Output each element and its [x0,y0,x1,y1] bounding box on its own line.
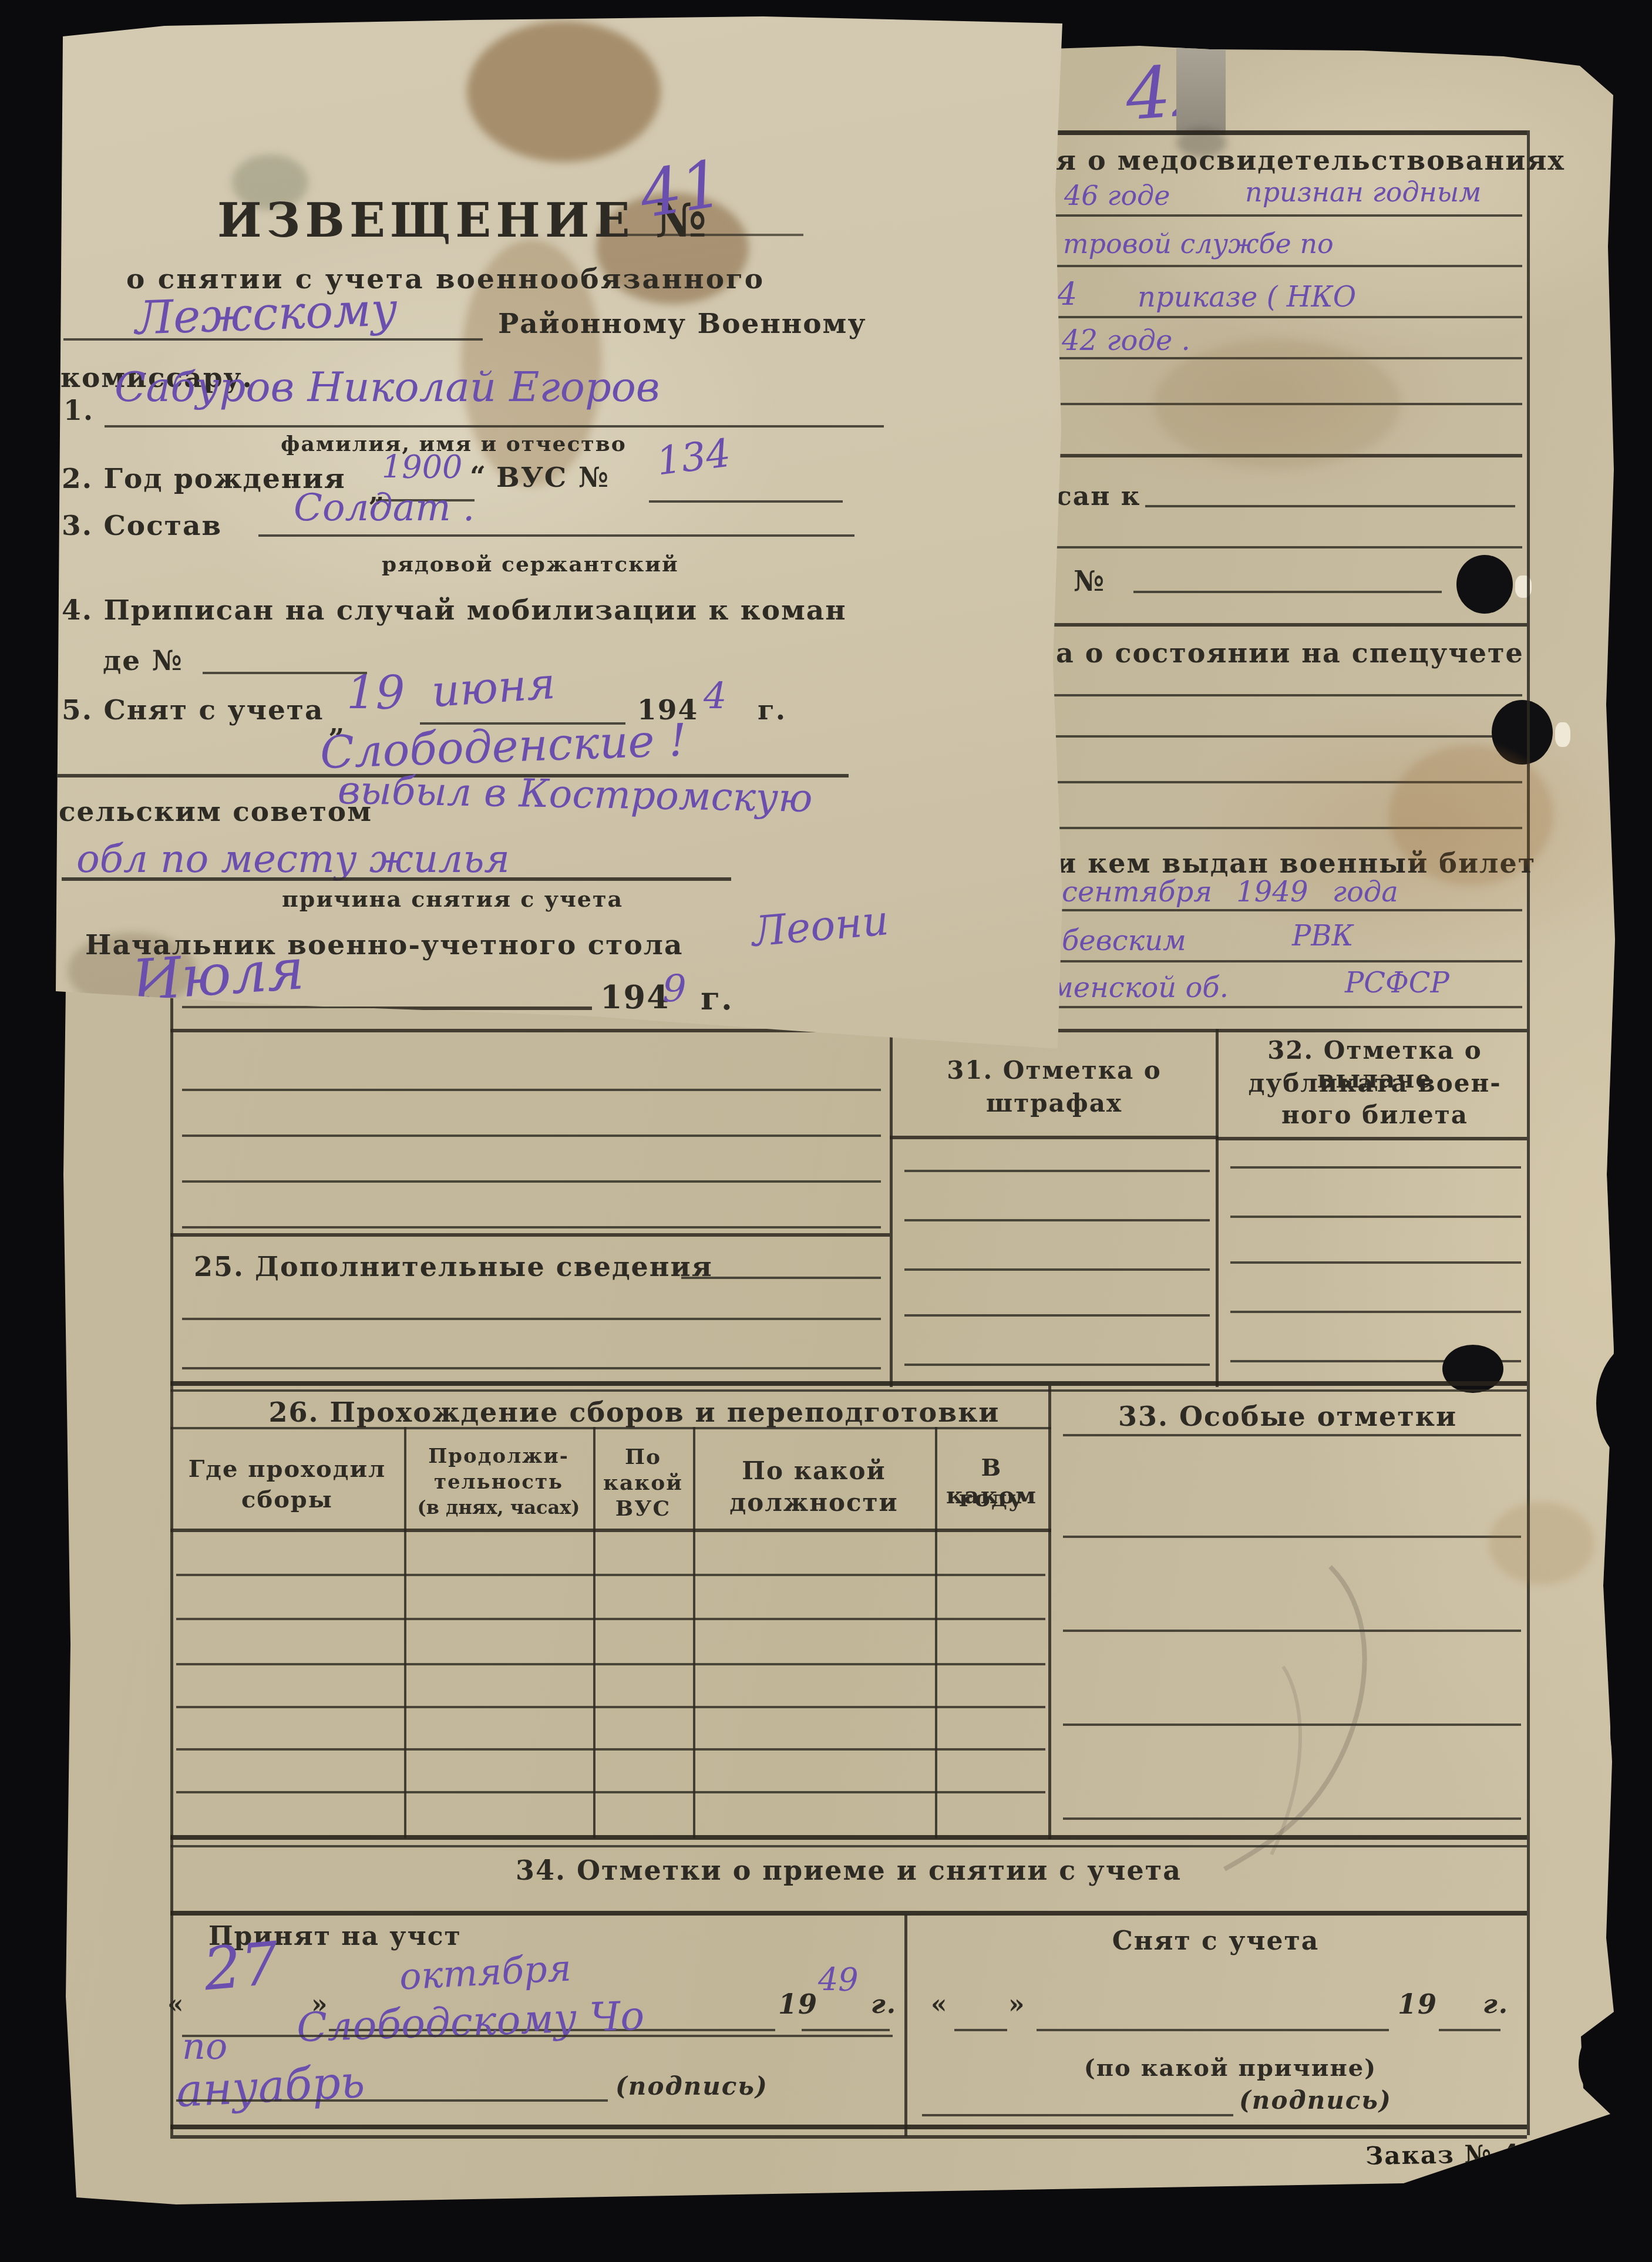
ruled-line [182,1089,881,1091]
paper-stain [467,21,661,162]
year-digit-handwritten: 4 [704,674,726,717]
ruled-line [176,1663,1045,1665]
ruled-line [182,1180,881,1183]
removed-label: Снят с учета [904,1926,1527,1956]
sec26-title: 26. Прохождение сборов и переподготовки [170,1396,1098,1428]
ruled-line [1230,1216,1521,1218]
sec26-col-header: году [935,1485,1048,1512]
table-border [1216,1137,1527,1140]
year-suffix: г. [758,694,786,726]
date-year-printed: 194 [600,978,670,1016]
ruled-line [176,1706,1045,1708]
table-border [170,2135,1527,2139]
accepted-month-handwritten: октября [398,1946,572,1998]
sec26-col-header: По [593,1445,693,1469]
table-border [890,1136,1219,1139]
id-issued-handwritten: менской об. [1050,971,1229,1004]
table-border [1527,130,1530,2135]
table-border [170,1835,1527,1840]
accepted-note-handwritten: по [182,2025,227,2068]
ruled-line [176,2099,608,2102]
ruled-line [203,672,367,674]
ruled-line [627,234,803,236]
ruled-line [182,2035,893,2037]
order-number-stamp: Заказ № 4602 [1365,2138,1576,2170]
ruled-line [1230,1261,1521,1264]
torn-edge-notch [1579,2027,1634,2101]
paper-stain [1154,339,1401,469]
reason-handwritten-2: выбыл в Костромскую [337,768,813,821]
table-border [890,1029,893,1387]
ruled-line [904,1268,1210,1271]
sec26-col-header: Где проходил [170,1455,404,1483]
open-quote: « [931,1990,948,2019]
sec26-col-header: Продолжи- [404,1445,593,1468]
ruled-line [1230,1166,1521,1169]
accepted-year-suffix: г. [871,1990,897,2019]
signature-caption: (подпись) [1239,2086,1392,2115]
item5-label: 5. Снят с учета [62,694,324,726]
ruled-line [1037,2029,1389,2031]
ruled-line [802,2029,890,2031]
removal-month-handwritten: июня [430,658,557,717]
table-border [170,1529,1051,1532]
medical-note-handwritten: 4 [1057,276,1077,313]
ruled-line [63,338,483,341]
paper-stain [1489,1502,1594,1584]
paper-stain [1389,745,1553,886]
sec26-col-header: сборы [170,1486,404,1513]
signature-caption: (подпись) [615,2072,768,2101]
ruled-line [176,1791,1045,1793]
table-border [170,1427,1051,1429]
table-border [1048,1386,1051,1839]
notice-overlay: ИЗВЕЩЕНИЕ № 41 о снятии с учета военнооб… [56,16,1064,1056]
ruled-line [182,1135,881,1137]
ruled-line [62,877,731,881]
ruled-line [182,1367,881,1369]
accepted-note-handwritten: Слободскому Чо [296,1993,645,2052]
close-quote: » [1008,1990,1026,2019]
ruled-line [681,1277,881,1279]
removed-year-printed: 19 [1398,1988,1438,2020]
sec25-label: 25. Дополнительные сведения [194,1251,713,1283]
addressee-handwritten: Лежскому [134,283,399,345]
ruled-line [176,1748,1045,1751]
sec26-col-header: тельность [404,1470,593,1494]
assigned-to-fragment: сан к [1056,482,1141,511]
sostav-handwritten: Солдат . [294,486,475,530]
ruled-line [176,1574,1045,1576]
sec26-col-header: какой [593,1470,693,1495]
sec34-title: 34. Отметки о приеме и снятии с учета [170,1854,1527,1886]
ruled-line [904,1314,1210,1317]
table-border [170,1911,1527,1916]
accepted-year-printed: 19 [778,1988,818,2020]
item3-label: 3. Состав [62,510,222,542]
selsovet-label: сельским советом [59,796,372,828]
table-border [170,2125,1527,2129]
col32-header: ного билета [1224,1100,1525,1129]
col31-header: 31. Отметка о [907,1056,1201,1085]
ruled-line [904,1170,1210,1172]
sec26-col-header: должности [693,1488,935,1517]
open-quote: « [167,1990,185,2019]
medical-note-handwritten: признан годным [1245,176,1481,208]
sec26-col-header: (в днях, часах) [404,1496,593,1519]
col32-header: дубликата воен- [1224,1069,1525,1098]
removed-reason-caption: (по какой причине) [1025,2054,1436,2082]
vus-label: ВУС № [496,462,610,494]
ruled-line [904,1219,1210,1221]
sec33-title: 33. Особые отметки [1048,1401,1527,1432]
table-border [170,1233,890,1237]
table-border [170,1845,1527,1847]
removed-year-suffix: г. [1483,1990,1509,2019]
ruled-line [1133,591,1442,593]
medical-note-handwritten: 46 годе [1064,180,1170,211]
reason-handwritten-3: обл по месту жилья [76,836,510,881]
ruled-line [258,534,854,537]
ruled-line [904,1364,1210,1366]
item4-label: 4. Приписан на случай мобилизации к кома… [62,594,847,627]
table-border [1216,1029,1219,1387]
reason-caption: причина снятия с учета [282,886,623,912]
removal-day-handwritten: 19 [346,667,405,720]
accepted-signature-handwritten: ануабрь [175,2055,366,2118]
ruled-line [182,1318,881,1320]
ruled-line [105,425,884,428]
sec26-col-header: ВУС [593,1496,693,1521]
ruled-line [182,1226,881,1228]
accepted-year-handwritten: 49 [818,1961,859,1998]
medical-note-handwritten: приказе ( НКО [1138,281,1356,314]
item1-number: 1. [63,395,94,426]
ruled-line [1063,1434,1521,1436]
birth-year-handwritten: 1900 [382,449,462,486]
ruled-line [954,2029,1007,2031]
id-issued-handwritten: РСФСР [1345,967,1449,999]
name-handwritten: Сабуров Николай Егоров [115,363,660,411]
chief-signature-handwritten: Леони [750,896,890,956]
scanned-document-photo: { "notice": { "title": "ИЗВЕЩЕНИЕ №", "n… [0,0,1652,2262]
date-year-suffix: г. [701,979,734,1017]
accepted-day-handwritten: 27 [201,1929,281,2004]
torn-edge-notch [1610,1672,1652,1793]
ruled-line [922,2114,1233,2116]
ink-hole [1456,555,1513,614]
item4-label-2: де № [103,645,183,677]
spec-account-header-fragment: а о состоянии на спецучете [1056,637,1524,669]
ruled-line [1230,1311,1521,1313]
medical-note-handwritten: 42 годе . [1062,324,1190,357]
ruled-line [649,500,843,503]
vus-number-handwritten: 134 [654,430,733,484]
ruled-line [176,1618,1045,1620]
paper-fleck [1555,722,1570,747]
medical-note-handwritten: тровой службе по [1063,228,1334,260]
table-border [170,1381,1527,1386]
number-fragment: № [1074,565,1105,598]
id-issued-handwritten: сентября 1949 года [1062,876,1398,908]
item3-caption: рядовой сержантский [382,552,679,577]
id-issued-handwritten: РВК [1292,920,1354,952]
medical-section-header-fragment: я о медосвидетельствованиях [1056,144,1565,176]
sec26-col-header: По какой [693,1456,935,1485]
table-border [170,1389,1527,1392]
notice-title: ИЗВЕЩЕНИЕ № [217,193,711,248]
ruled-line [1145,505,1515,507]
addressee-printed: Районному Военному [498,308,866,340]
paper-tab [1176,47,1226,135]
notice-number-handwritten: 41 [635,146,728,233]
id-issued-handwritten: бевским [1062,924,1186,957]
col31-header: штрафах [907,1089,1201,1117]
ruled-line [1063,1536,1521,1538]
date-year-digit-handwritten: 9 [662,968,687,1011]
ruled-line [1439,2029,1500,2031]
